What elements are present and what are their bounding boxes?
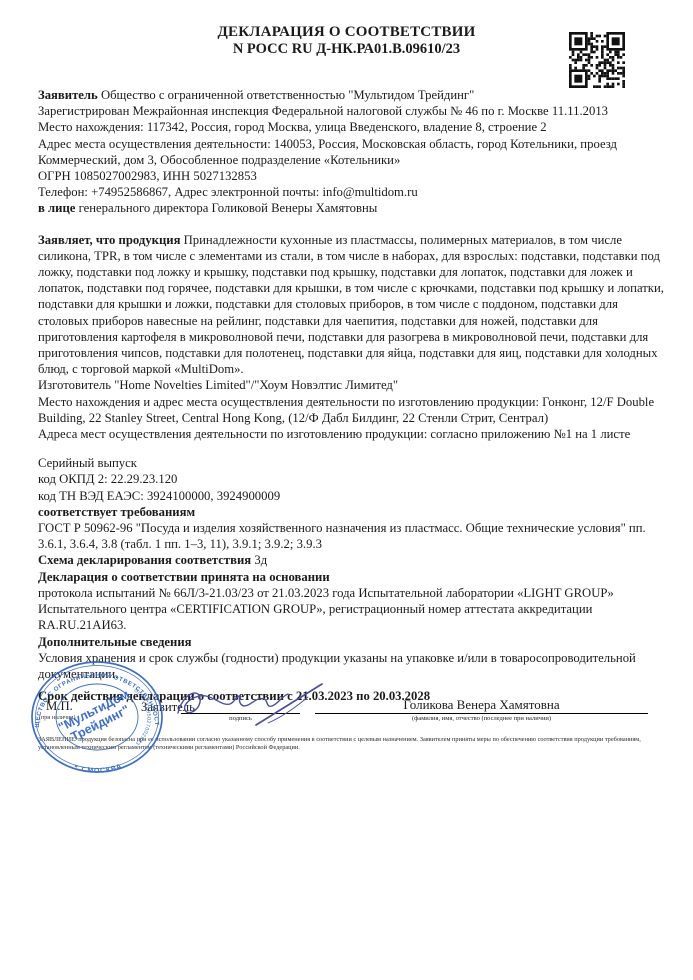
- stamp-ogrn-text: ОГРН 1085027002983: [132, 687, 151, 746]
- compliance-label: соответствует требованиям: [38, 504, 665, 520]
- declares-label: Заявляет, что продукция: [38, 233, 180, 247]
- applicant-activity-address: Адрес места осуществления деятельности: …: [38, 136, 665, 168]
- manufacturer-name: "Home Novelties Limited"/"Хоум Новэлтис …: [114, 378, 398, 392]
- scheme-label: Схема декларирования соответствия: [38, 553, 251, 567]
- name-caption: (фамилия, имя, отчество (последнее при н…: [315, 714, 648, 722]
- manufacturer-line: Изготовитель "Home Novelties Limited"/"Х…: [38, 377, 665, 393]
- applicant-contacts: Телефон: +74952586867, Адрес электронной…: [38, 184, 665, 200]
- signature-scrawl: [178, 693, 288, 713]
- signature-tail: [268, 697, 308, 723]
- signer-name-block: Голикова Венера Хамятовна (фамилия, имя,…: [315, 694, 648, 722]
- company-stamp: ОБЩЕСТВО С ОГРАНИЧЕННОЙ ОТВЕТСТВЕННОСТЬЮ…: [28, 659, 168, 777]
- product-description: Принадлежности кухонные из пластмассы, п…: [38, 233, 664, 377]
- applicant-line: Заявитель Общество с ограниченной ответс…: [38, 87, 665, 103]
- stamp-city-text: ⋆ г.МОСКВА: [72, 763, 123, 775]
- applicant-ogrn-inn: ОГРН 1085027002983, ИНН 5027132853: [38, 168, 665, 184]
- scheme-value: 3д: [254, 553, 267, 567]
- applicant-registered: Зарегистрирован Межрайонная инспекция Фе…: [38, 103, 665, 119]
- basis-text: протокола испытаний № 66Л/3-21.03/23 от …: [38, 585, 665, 634]
- applicant-in-person: в лице генерального директора Голиковой …: [38, 200, 665, 216]
- production-addresses: Адреса мест осуществления деятельности п…: [38, 426, 665, 442]
- signature: [170, 681, 340, 727]
- serial-release: Серийный выпуск: [38, 455, 665, 471]
- okpd-code: код ОКПД 2: 22.29.23.120: [38, 471, 665, 487]
- qr-code: [569, 32, 625, 88]
- applicant-location: Место нахождения: 117342, Россия, город …: [38, 119, 665, 135]
- basis-label: Декларация о соответствии принята на осн…: [38, 569, 665, 585]
- gost-requirements: ГОСТ Р 50962-96 "Посуда и изделия хозяйс…: [38, 520, 665, 552]
- additional-label: Дополнительные сведения: [38, 634, 665, 650]
- signer-name: Голикова Венера Хамятовна: [315, 694, 648, 712]
- applicant-name: Общество с ограниченной ответственностью…: [101, 88, 474, 102]
- scheme-line: Схема декларирования соответствия 3д: [38, 552, 665, 568]
- tnved-code: код ТН ВЭД ЕАЭС: 3924100000, 3924900009: [38, 488, 665, 504]
- document-page: ДЕКЛАРАЦИЯ О СООТВЕТСТВИИ N РОСС RU Д-НК…: [0, 0, 693, 980]
- document-body: Заявитель Общество с ограниченной ответс…: [38, 87, 665, 704]
- manufacturer-label: Изготовитель: [38, 378, 111, 392]
- signature-slash: [256, 684, 322, 725]
- applicant-label: Заявитель: [38, 88, 98, 102]
- in-person-label: в лице: [38, 201, 75, 215]
- product-section: Заявляет, что продукция Принадлежности к…: [38, 232, 665, 443]
- in-person-value: генерального директора Голиковой Венеры …: [79, 201, 378, 215]
- product-declaration: Заявляет, что продукция Принадлежности к…: [38, 232, 665, 378]
- stamp-center-text: "МультиДом Трейдинг": [56, 687, 138, 747]
- manufacturer-address: Место нахождения и адрес места осуществл…: [38, 394, 665, 426]
